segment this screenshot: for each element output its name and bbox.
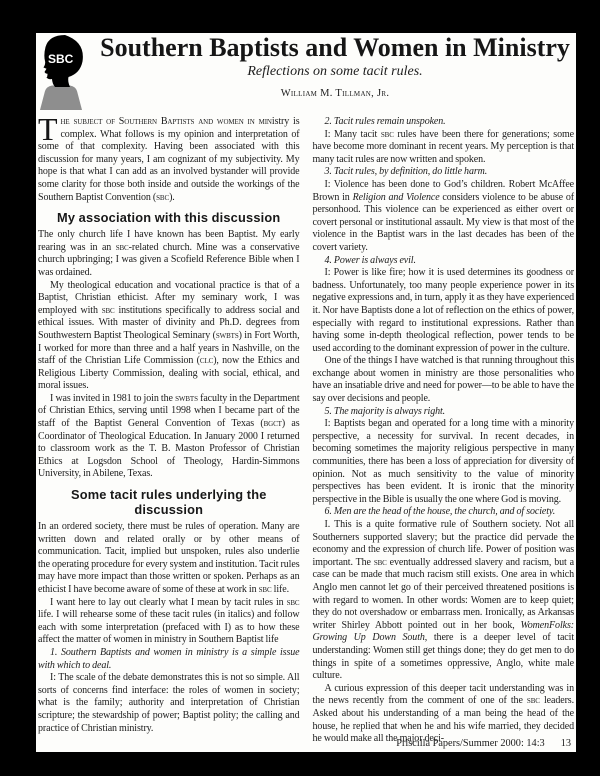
document-page: SBC Southern Baptists and Women in Minis…	[36, 33, 576, 752]
paragraph: I want here to lay out clearly what I me…	[38, 597, 300, 647]
article-body: The subject of Southern Baptists and wom…	[36, 116, 576, 748]
section-heading: Some tacit rules underlying the discussi…	[38, 487, 300, 517]
paragraph: I: Baptists began and operated for a lon…	[313, 418, 575, 506]
text-segment: 4. Power is always evil.	[325, 255, 416, 266]
paragraph: The subject of Southern Baptists and wom…	[38, 116, 300, 204]
paragraph: One of the things I have watched is that…	[313, 355, 575, 405]
text-segment: Religion and Violence	[353, 192, 440, 203]
page-footer: Priscilla Papers/Summer 2000: 14:313	[396, 738, 571, 749]
text-segment: sbc	[374, 557, 387, 568]
text-segment: I: Baptists began and operated for a lon…	[313, 418, 575, 505]
text-segment: One of the things I have watched is that…	[313, 355, 575, 404]
article-subtitle: Reflections on some tacit rules.	[94, 64, 576, 80]
sbc-logo: SBC	[37, 34, 85, 110]
text-segment: sbc	[102, 305, 115, 316]
article-header: SBC Southern Baptists and Women in Minis…	[36, 34, 576, 112]
scan-background: SBC Southern Baptists and Women in Minis…	[0, 0, 600, 776]
text-segment: 5. The majority is always right.	[325, 406, 446, 417]
text-segment: I want here to lay out clearly what I me…	[50, 597, 287, 608]
section-heading: My association with this discussion	[38, 210, 300, 225]
paragraph: I: Violence has been done to God’s child…	[313, 179, 575, 255]
text-segment: I: The scale of the debate demonstrates …	[38, 672, 300, 733]
text-segment: sbc	[287, 597, 300, 608]
paragraph: 6. Men are the head of the house, the ch…	[313, 506, 575, 519]
text-segment: he subject of Southern Baptists and wome…	[60, 116, 271, 127]
paragraph: I: Many tacit sbc rules have been there …	[313, 129, 575, 167]
text-segment: life. I will rehearse some of these taci…	[38, 609, 300, 645]
paragraph: The only church life I have known has be…	[38, 229, 300, 279]
paragraph: 3. Tacit rules, by definition, do little…	[313, 166, 575, 179]
paragraph: My theological education and vocational …	[38, 280, 300, 393]
text-segment: clc	[200, 355, 213, 366]
text-segment: sbc	[156, 192, 169, 203]
text-segment: swbts	[216, 330, 239, 341]
text-segment: sbc	[259, 584, 272, 595]
paragraph: A curious expression of this deeper taci…	[313, 683, 575, 746]
paragraph: 2. Tacit rules remain unspoken.	[313, 116, 575, 129]
text-segment: 2. Tacit rules remain unspoken.	[325, 116, 446, 127]
text-segment: swbts	[175, 393, 198, 404]
text-segment: sbc	[116, 242, 129, 253]
drop-cap: T	[38, 116, 60, 141]
paragraph: I: Power is like fire; how it is used de…	[313, 267, 575, 355]
paragraph: 4. Power is always evil.	[313, 255, 575, 268]
text-segment: I: Many tacit	[325, 129, 381, 140]
text-segment: life.	[272, 584, 289, 595]
text-segment: bgct	[264, 418, 282, 429]
article-title: Southern Baptists and Women in Ministry	[94, 34, 576, 62]
text-segment: I was invited in 1981 to join the	[50, 393, 175, 404]
header-text-block: Southern Baptists and Women in Ministry …	[94, 34, 576, 100]
paragraph: I was invited in 1981 to join the swbts …	[38, 393, 300, 481]
paragraph: 5. The majority is always right.	[313, 406, 575, 419]
paragraph: I: The scale of the debate demonstrates …	[38, 672, 300, 735]
text-segment: ).	[169, 192, 175, 203]
page-number: 13	[561, 738, 571, 749]
text-segment: istry is complex. What follows is my opi…	[38, 116, 300, 203]
logo-text: SBC	[48, 52, 74, 66]
text-segment: 6. Men are the head of the house, the ch…	[325, 506, 556, 517]
paragraph: In an ordered society, there must be rul…	[38, 521, 300, 597]
left-column: The subject of Southern Baptists and wom…	[38, 116, 300, 748]
sbc-woman-profile-icon: SBC	[37, 34, 85, 110]
text-segment: I: Power is like fire; how it is used de…	[313, 267, 575, 354]
text-segment: sbc	[381, 129, 394, 140]
right-column: 2. Tacit rules remain unspoken.I: Many t…	[313, 116, 575, 748]
text-segment: 3. Tacit rules, by definition, do little…	[325, 166, 488, 177]
author-byline: William M. Tillman, Jr.	[94, 88, 576, 100]
journal-citation: Priscilla Papers/Summer 2000: 14:3	[396, 738, 544, 749]
paragraph: 1. Southern Baptists and women in minist…	[38, 647, 300, 672]
paragraph: I. This is a quite formative rule of Sou…	[313, 519, 575, 683]
text-segment: 1. Southern Baptists and women in minist…	[38, 647, 300, 671]
text-segment: sbc	[527, 695, 540, 706]
